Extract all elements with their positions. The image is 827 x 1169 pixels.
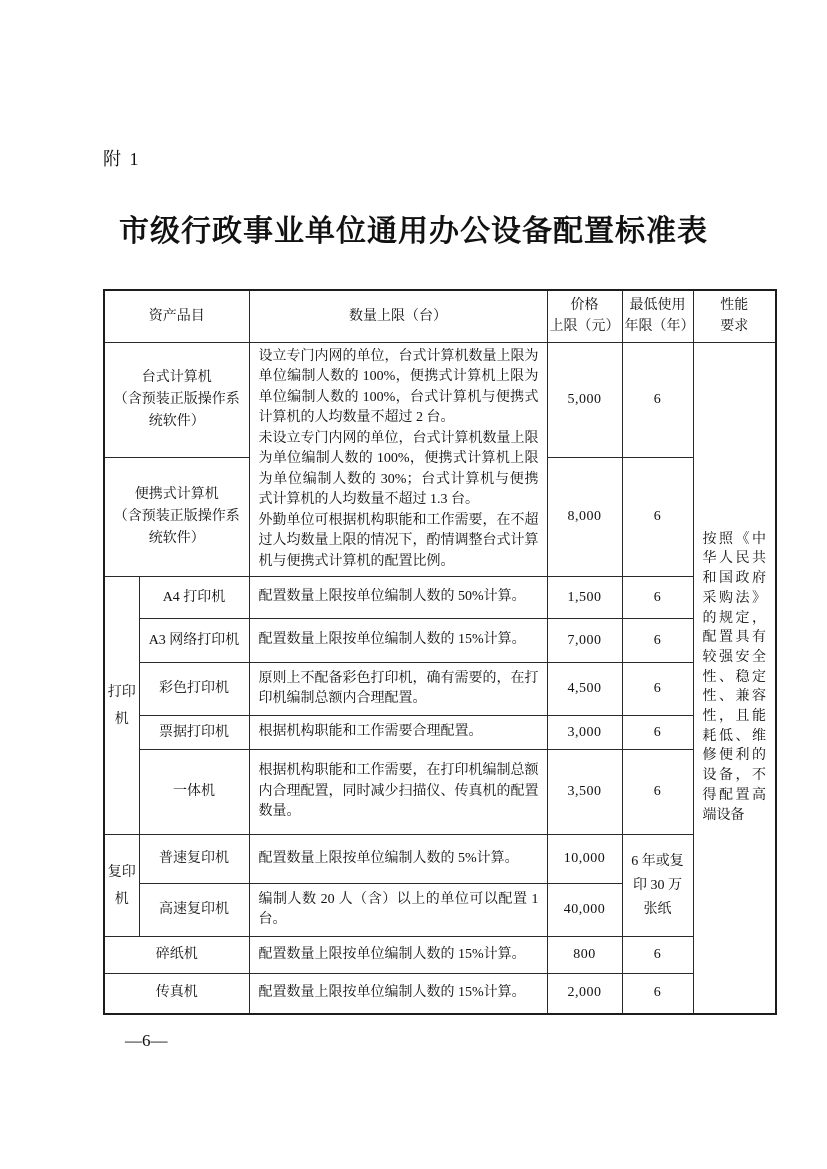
price-limit-all-in-one: 3,500 [547, 750, 622, 835]
item-name-standard-copier: 普速复印机 [139, 835, 249, 884]
price-limit-shredder: 800 [547, 937, 622, 974]
quantity-note-receipt-printer: 根据机构职能和工作需要合理配置。 [249, 716, 547, 750]
quantity-note-color-printer: 原则上不配备彩色打印机，确有需要的，在打印机编制总额内合理配置。 [249, 663, 547, 716]
price-limit-fax: 2,000 [547, 974, 622, 1014]
item-name-laptop: 便携式计算机 （含预装正版操作系统软件） [104, 457, 249, 576]
price-limit-a4-printer: 1,500 [547, 577, 622, 619]
table-row-a4-printer: 打印机 A4 打印机 配置数量上限按单位编制人数的 50%计算。 1,500 6 [104, 577, 776, 619]
min-years-a3-printer: 6 [622, 619, 693, 663]
item-name-shredder: 碎纸机 [104, 937, 249, 974]
min-years-shredder: 6 [622, 937, 693, 974]
quantity-note-a4-printer: 配置数量上限按单位编制人数的 50%计算。 [249, 577, 547, 619]
min-years-copiers: 6 年或复印 30 万张纸 [622, 835, 693, 937]
header-price-limit: 价格 上限（元） [547, 290, 622, 342]
quantity-note-high-speed-copier: 编制人数 20 人（含）以上的单位可以配置 1 台。 [249, 884, 547, 937]
item-name-sub: （含预装正版操作系统软件） [109, 389, 245, 433]
price-limit-standard-copier: 10,000 [547, 835, 622, 884]
quantity-note-standard-copier: 配置数量上限按单位编制人数的 5%计算。 [249, 835, 547, 884]
price-limit-high-speed-copier: 40,000 [547, 884, 622, 937]
group-label-copier: 复印机 [104, 835, 139, 937]
table-header-row: 资产品目 数量上限（台） 价格 上限（元） 最低使用 年限（年） 性能 要求 [104, 290, 776, 342]
min-years-desktop: 6 [622, 342, 693, 457]
min-years-fax: 6 [622, 974, 693, 1014]
price-limit-a3-printer: 7,000 [547, 619, 622, 663]
quantity-note-all-in-one: 根据机构职能和工作需要，在打印机编制总额内合理配置，同时减少扫描仪、传真机的配置… [249, 750, 547, 835]
item-name-main: 台式计算机 [142, 370, 212, 385]
quantity-note-shredder: 配置数量上限按单位编制人数的 15%计算。 [249, 937, 547, 974]
header-quantity-limit: 数量上限（台） [249, 290, 547, 342]
document-page: 附 1 市级行政事业单位通用办公设备配置标准表 资产品目 数量上限（台） 价格 … [0, 0, 827, 1169]
table-row-standard-copier: 复印机 普速复印机 配置数量上限按单位编制人数的 5%计算。 10,000 6 … [104, 835, 776, 884]
table-row-all-in-one: 一体机 根据机构职能和工作需要，在打印机编制总额内合理配置，同时减少扫描仪、传真… [104, 750, 776, 835]
item-name-main: 便携式计算机 [135, 487, 219, 502]
price-limit-receipt-printer: 3,000 [547, 716, 622, 750]
table-row-color-printer: 彩色打印机 原则上不配备彩色打印机，确有需要的，在打印机编制总额内合理配置。 4… [104, 663, 776, 716]
min-years-receipt-printer: 6 [622, 716, 693, 750]
table-row-a3-printer: A3 网络打印机 配置数量上限按单位编制人数的 15%计算。 7,000 6 [104, 619, 776, 663]
price-limit-laptop: 8,000 [547, 457, 622, 576]
table-row-fax: 传真机 配置数量上限按单位编制人数的 15%计算。 2,000 6 [104, 974, 776, 1014]
header-performance: 性能 要求 [693, 290, 776, 342]
price-limit-color-printer: 4,500 [547, 663, 622, 716]
item-name-desktop: 台式计算机 （含预装正版操作系统软件） [104, 342, 249, 457]
table-row-shredder: 碎纸机 配置数量上限按单位编制人数的 15%计算。 800 6 [104, 937, 776, 974]
item-name-a4-printer: A4 打印机 [139, 577, 249, 619]
item-name-high-speed-copier: 高速复印机 [139, 884, 249, 937]
page-number: —6— [125, 1031, 168, 1051]
item-name-receipt-printer: 票据打印机 [139, 716, 249, 750]
min-years-all-in-one: 6 [622, 750, 693, 835]
price-limit-desktop: 5,000 [547, 342, 622, 457]
header-asset-category: 资产品目 [104, 290, 249, 342]
group-label-printer: 打印机 [104, 577, 139, 835]
performance-note: 按照《中华人民共和国政府采购法》的规定，配置具有较强安全性、稳定性、兼容性，且能… [693, 342, 776, 1014]
quantity-note-a3-printer: 配置数量上限按单位编制人数的 15%计算。 [249, 619, 547, 663]
header-min-years: 最低使用 年限（年） [622, 290, 693, 342]
table-row-desktop: 台式计算机 （含预装正版操作系统软件） 设立专门内网的单位，台式计算机数量上限为… [104, 342, 776, 457]
min-years-a4-printer: 6 [622, 577, 693, 619]
item-name-fax: 传真机 [104, 974, 249, 1014]
attachment-label: 附 1 [103, 145, 141, 171]
table-row-receipt-printer: 票据打印机 根据机构职能和工作需要合理配置。 3,000 6 [104, 716, 776, 750]
quantity-note-computers: 设立专门内网的单位，台式计算机数量上限为单位编制人数的 100%，便携式计算机上… [249, 342, 547, 577]
item-name-sub: （含预装正版操作系统软件） [109, 506, 245, 550]
item-name-color-printer: 彩色打印机 [139, 663, 249, 716]
item-name-all-in-one: 一体机 [139, 750, 249, 835]
page-title: 市级行政事业单位通用办公设备配置标准表 [0, 206, 827, 250]
min-years-laptop: 6 [622, 457, 693, 576]
item-name-a3-printer: A3 网络打印机 [139, 619, 249, 663]
equipment-standards-table: 资产品目 数量上限（台） 价格 上限（元） 最低使用 年限（年） 性能 要求 台… [103, 289, 777, 1015]
quantity-note-fax: 配置数量上限按单位编制人数的 15%计算。 [249, 974, 547, 1014]
min-years-color-printer: 6 [622, 663, 693, 716]
